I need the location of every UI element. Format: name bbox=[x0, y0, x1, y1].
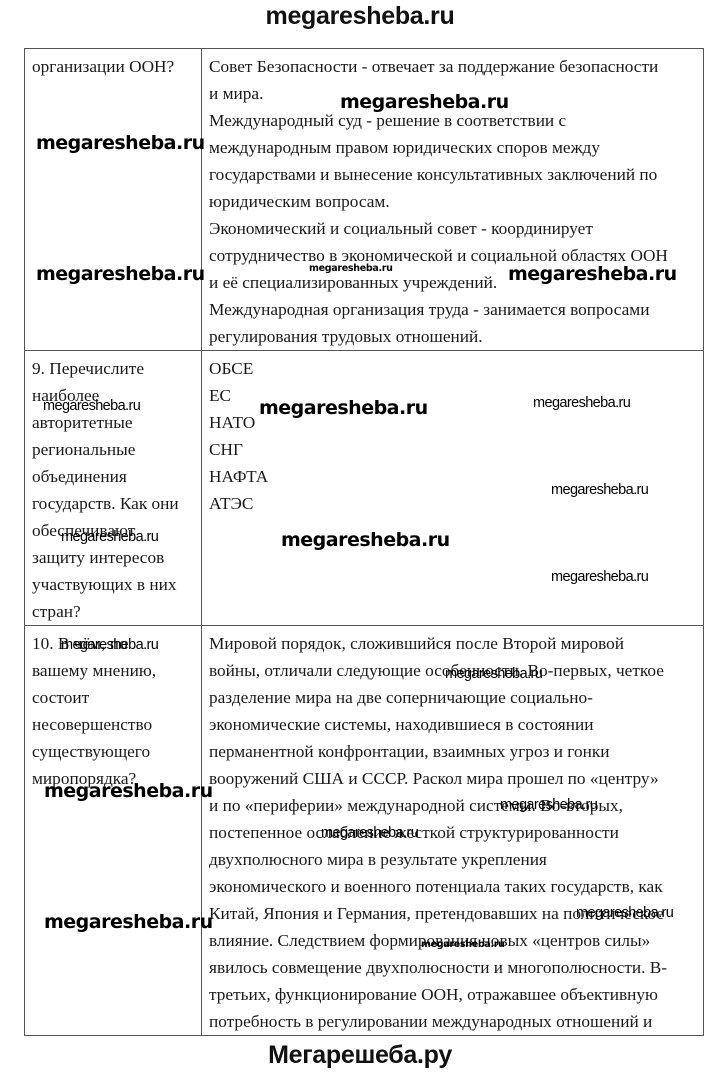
answer-cell: Мировой порядок, сложившийся после Второ… bbox=[202, 626, 704, 1036]
watermark: megaresheba.ru bbox=[445, 666, 542, 682]
watermark: megaresheba.ru bbox=[576, 905, 673, 921]
watermark: megaresheba.ru bbox=[61, 529, 158, 545]
question-cell: организации ООН? bbox=[25, 49, 202, 351]
answer-line: экономического и военного потенциала так… bbox=[209, 873, 697, 900]
question-line: региональные bbox=[32, 436, 195, 463]
answer-line: третьих, функционирование ООН, отражавше… bbox=[209, 981, 697, 1008]
question-line: существующего bbox=[32, 738, 195, 765]
answer-line: юридическим вопросам. bbox=[209, 188, 697, 215]
site-footer-title: Мегарешеба.ру bbox=[0, 1041, 720, 1070]
watermark: megaresheba.ru bbox=[44, 911, 213, 933]
answer-line: двухполюсного мира в результате укреплен… bbox=[209, 846, 697, 873]
answer-line: экономические системы, находившиеся в со… bbox=[209, 711, 697, 738]
watermark: megaresheba.ru bbox=[321, 825, 418, 841]
answer-line: постепенное ослабление жесткой структури… bbox=[209, 819, 697, 846]
watermark: megaresheba.ru bbox=[500, 797, 597, 813]
watermark: megaresheba.ru bbox=[259, 397, 428, 419]
watermark: megaresheba.ru bbox=[281, 529, 450, 551]
question-line: участвующих в них bbox=[32, 571, 195, 598]
answer-line: Мировой порядок, сложившийся после Второ… bbox=[209, 630, 697, 657]
watermark: megaresheba.ru bbox=[36, 263, 205, 285]
answer-line: разделение мира на две соперничающие соц… bbox=[209, 684, 697, 711]
answer-line: вооружений США и СССР. Раскол мира проше… bbox=[209, 765, 697, 792]
question-line: состоит bbox=[32, 684, 195, 711]
answer-line: государствами и вынесение консультативны… bbox=[209, 161, 697, 188]
watermark: megaresheba.ru bbox=[309, 263, 393, 274]
question-cell: 10. В чём, по вашему мнению, состоит нес… bbox=[25, 626, 202, 1036]
answer-line: потребность в регулировании международны… bbox=[209, 1008, 697, 1035]
question-line: 9. Перечислите bbox=[32, 355, 195, 382]
site-header-title: megaresheba.ru bbox=[0, 2, 720, 31]
answer-line: ОБСЕ bbox=[209, 355, 697, 382]
answer-line: и по «периферии» международной системы. … bbox=[209, 792, 697, 819]
watermark: megaresheba.ru bbox=[43, 398, 140, 414]
watermark: megaresheba.ru bbox=[36, 132, 205, 154]
watermark: megaresheba.ru bbox=[340, 91, 509, 113]
question-line: объединения bbox=[32, 463, 195, 490]
answer-line: перманентной конфронтации, взаимных угро… bbox=[209, 738, 697, 765]
watermark: megaresheba.ru bbox=[508, 263, 677, 285]
answer-line: явилось совмещение двухполюсности и мног… bbox=[209, 954, 697, 981]
question-line: несовершенство bbox=[32, 711, 195, 738]
answer-line: регулирования трудовых отношений. bbox=[209, 323, 697, 350]
answer-line: Совет Безопасности - отвечает за поддерж… bbox=[209, 53, 697, 80]
question-line: стран? bbox=[32, 598, 195, 625]
question-line: защиту интересов bbox=[32, 544, 195, 571]
question-cell: 9. Перечислите наиболее авторитетные рег… bbox=[25, 351, 202, 626]
question-line: государств. Как они bbox=[32, 490, 195, 517]
answer-line: международным правом юридических споров … bbox=[209, 134, 697, 161]
watermark: megaresheba.ru bbox=[421, 939, 505, 950]
watermark: megaresheba.ru bbox=[551, 569, 648, 585]
answer-line: Международная организация труда - занима… bbox=[209, 296, 697, 323]
watermark: megaresheba.ru bbox=[44, 780, 213, 802]
watermark: megaresheba.ru bbox=[61, 637, 158, 653]
answer-line: Экономический и социальный совет - коорд… bbox=[209, 215, 697, 242]
question-line: организации ООН? bbox=[32, 53, 195, 80]
question-line: вашему мнению, bbox=[32, 657, 195, 684]
answer-line: СНГ bbox=[209, 436, 697, 463]
watermark: megaresheba.ru bbox=[551, 482, 648, 498]
watermark: megaresheba.ru bbox=[533, 395, 630, 411]
